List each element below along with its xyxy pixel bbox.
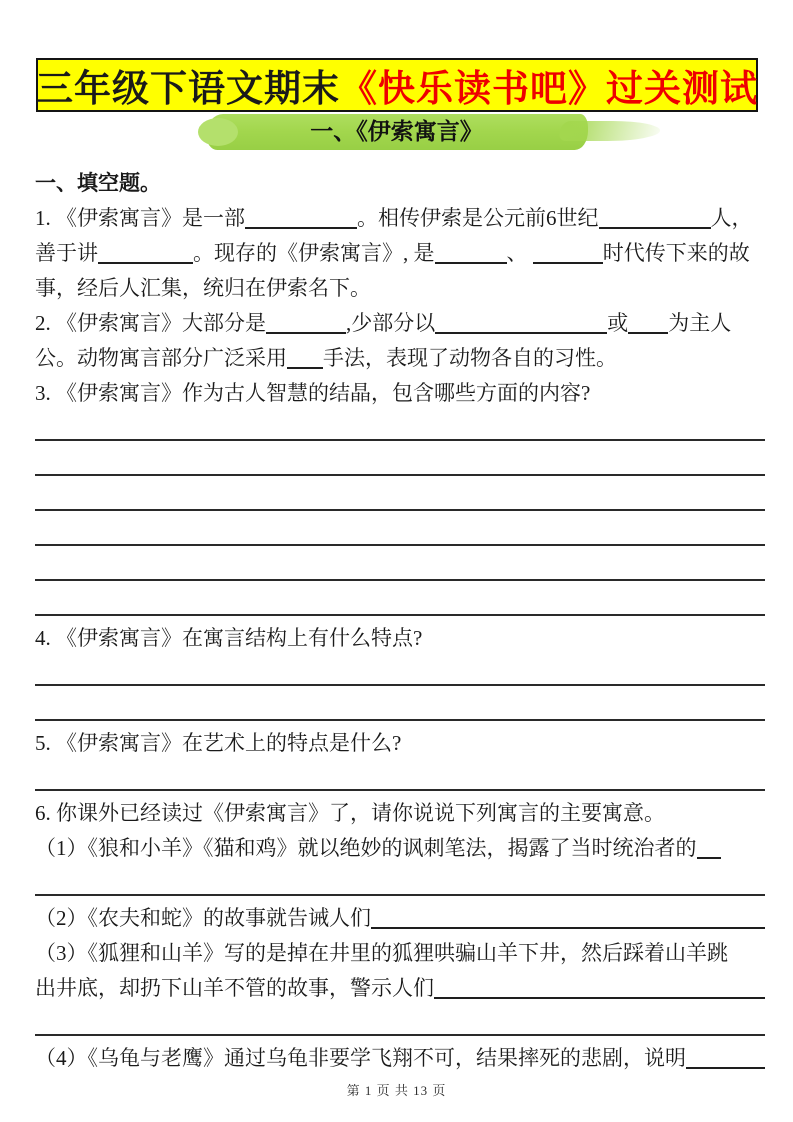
- answer-blank-line: [35, 1006, 765, 1041]
- question-text: 手法，表现了动物各自的习性。: [323, 341, 617, 376]
- fill-in-blank: [533, 262, 603, 264]
- question-text: 2. 《伊索寓言》大部分是: [35, 306, 266, 341]
- question-line: 3. 《伊索寓言》作为古人智慧的结晶，包含哪些方面的内容?: [35, 376, 765, 411]
- fill-in-blank: [599, 227, 711, 229]
- question-text: 事，经后人汇集，统归在伊索名下。: [35, 271, 371, 306]
- answer-blank-line: [35, 411, 765, 446]
- question-text: 3. 《伊索寓言》作为古人智慧的结晶，包含哪些方面的内容?: [35, 376, 590, 411]
- page-title-highlight: 《快乐读书吧》过关测试: [340, 58, 758, 112]
- question-text: 为主人: [668, 306, 731, 341]
- fill-in-blank: [266, 332, 346, 334]
- question-text: （1）《狼和小羊》《猫和鸡》就以绝妙的讽刺笔法，揭露了当时统治者的: [35, 831, 697, 866]
- blank-rule: [35, 579, 765, 581]
- fill-in-blank: [628, 332, 668, 334]
- question-text: （3）《狐狸和山羊》写的是掉在井里的狐狸哄骗山羊下井，然后踩着山羊跳: [35, 936, 728, 971]
- fill-in-blank: [435, 332, 607, 334]
- answer-blank-line: [35, 551, 765, 586]
- blank-rule: [35, 719, 765, 721]
- question-text: 一、填空题。: [35, 166, 161, 201]
- answer-blank-line: [35, 866, 765, 901]
- question-text: 。现存的《伊索寓言》, 是: [193, 236, 435, 271]
- question-line: （2）《农夫和蛇》的故事就告诫人们: [35, 901, 765, 936]
- blank-rule: [35, 1034, 765, 1036]
- question-text: 6. 你课外已经读过《伊索寓言》了，请你说说下列寓言的主要寓意。: [35, 796, 665, 831]
- section-banner-wrap: 一、《伊索寓言》: [0, 114, 793, 154]
- fill-in-blank: [98, 262, 193, 264]
- question-text: 。相传伊索是公元前6世纪: [357, 201, 599, 236]
- answer-blank-line: [35, 516, 765, 551]
- answer-blank-line: [35, 691, 765, 726]
- fill-in-blank: [435, 262, 507, 264]
- blank-rule: [35, 894, 765, 896]
- answer-blank-line: [35, 446, 765, 481]
- question-line: 公。动物寓言部分广泛采用手法，表现了动物各自的习性。: [35, 341, 765, 376]
- fill-in-blank: [434, 997, 765, 999]
- answer-blank-line: [35, 761, 765, 796]
- question-line: （3）《狐狸和山羊》写的是掉在井里的狐狸哄骗山羊下井，然后踩着山羊跳: [35, 936, 765, 971]
- question-text: 、: [507, 236, 533, 271]
- blank-rule: [35, 789, 765, 791]
- section-banner: 一、《伊索寓言》: [206, 114, 588, 150]
- fill-in-blank: [371, 927, 765, 929]
- question-text: （2）《农夫和蛇》的故事就告诫人们: [35, 901, 371, 936]
- section-banner-label: 一、《伊索寓言》: [310, 119, 483, 144]
- question-list: 一、填空题。1. 《伊索寓言》是一部。相传伊索是公元前6世纪人，善于讲。现存的《…: [35, 166, 765, 1076]
- question-line: 事，经后人汇集，统归在伊索名下。: [35, 271, 765, 306]
- question-line: 出井底，却扔下山羊不管的故事，警示人们: [35, 971, 765, 1006]
- fill-in-blank: [245, 227, 357, 229]
- question-text: 1. 《伊索寓言》是一部: [35, 201, 245, 236]
- blank-rule: [35, 614, 765, 616]
- page-title-prefix: 三年级下语文期末: [36, 58, 340, 112]
- question-text: 公。动物寓言部分广泛采用: [35, 341, 287, 376]
- question-line: （4）《乌龟与老鹰》通过乌龟非要学飞翔不可，结果摔死的悲剧，说明: [35, 1041, 765, 1076]
- fill-in-blank: [686, 1067, 765, 1069]
- question-line: （1）《狼和小羊》《猫和鸡》就以绝妙的讽刺笔法，揭露了当时统治者的: [35, 831, 765, 866]
- question-line: 4. 《伊索寓言》在寓言结构上有什么特点?: [35, 621, 765, 656]
- question-text: 人，: [711, 201, 753, 236]
- question-text: ,少部分以: [346, 306, 435, 341]
- question-text: （4）《乌龟与老鹰》通过乌龟非要学飞翔不可，结果摔死的悲剧，说明: [35, 1041, 686, 1076]
- blank-rule: [35, 684, 765, 686]
- page-title: 三年级下语文期末《快乐读书吧》过关测试: [36, 58, 758, 112]
- question-line: 5. 《伊索寓言》在艺术上的特点是什么?: [35, 726, 765, 761]
- blank-rule: [35, 544, 765, 546]
- question-line: 2. 《伊索寓言》大部分是,少部分以或为主人: [35, 306, 765, 341]
- question-line: 一、填空题。: [35, 166, 765, 201]
- blank-rule: [35, 474, 765, 476]
- question-text: 5. 《伊索寓言》在艺术上的特点是什么?: [35, 726, 401, 761]
- question-text: 善于讲: [35, 236, 98, 271]
- question-text: 4. 《伊索寓言》在寓言结构上有什么特点?: [35, 621, 422, 656]
- answer-blank-line: [35, 481, 765, 516]
- question-line: 善于讲。现存的《伊索寓言》, 是、 时代传下来的故: [35, 236, 765, 271]
- question-text: 出井底，却扔下山羊不管的故事，警示人们: [35, 971, 434, 1006]
- worksheet-page: { "page": { "title": { "prefix": "三年级下语文…: [0, 0, 793, 1122]
- blank-rule: [35, 509, 765, 511]
- fill-in-blank: [697, 857, 721, 859]
- fill-in-blank: [287, 367, 323, 369]
- answer-blank-line: [35, 656, 765, 691]
- page-number: 第 1 页 共 13 页: [0, 1080, 793, 1099]
- question-text: 或: [607, 306, 628, 341]
- question-line: 6. 你课外已经读过《伊索寓言》了，请你说说下列寓言的主要寓意。: [35, 796, 765, 831]
- question-text: 时代传下来的故: [603, 236, 750, 271]
- blank-rule: [35, 439, 765, 441]
- question-line: 1. 《伊索寓言》是一部。相传伊索是公元前6世纪人，: [35, 201, 765, 236]
- answer-blank-line: [35, 586, 765, 621]
